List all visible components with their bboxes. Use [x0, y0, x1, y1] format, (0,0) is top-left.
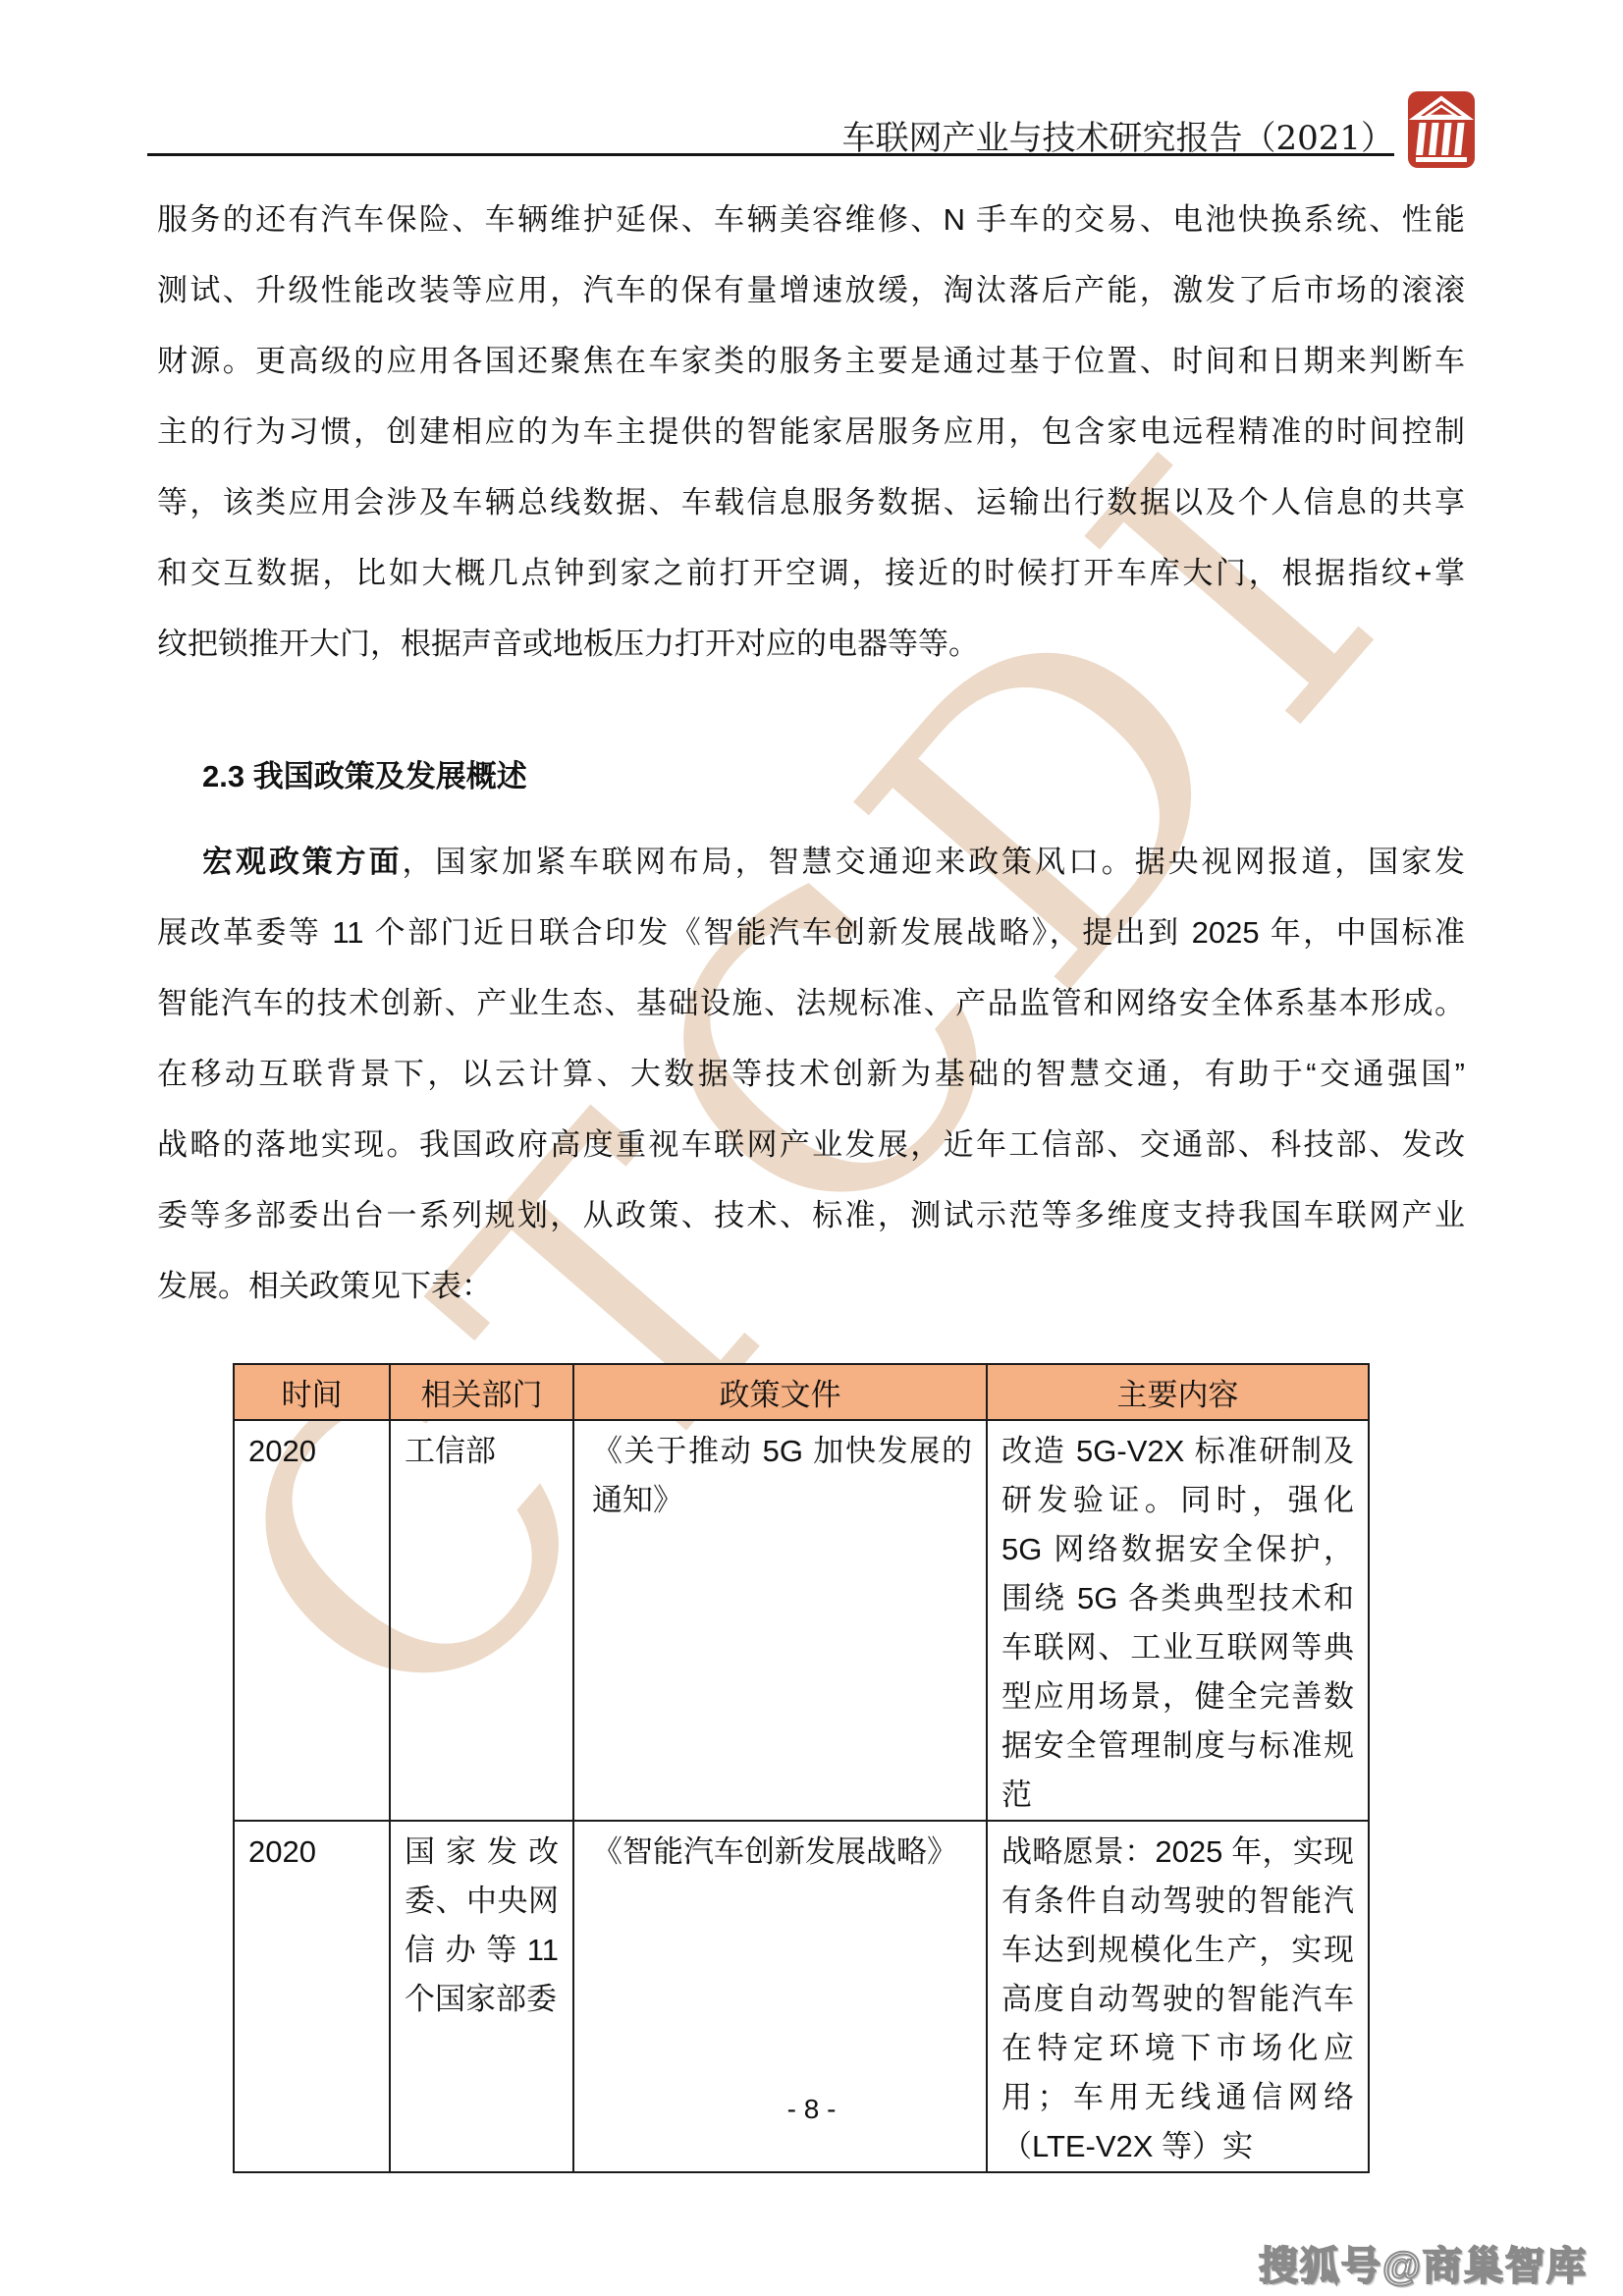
- paragraph2-lead-rest: ，国家加紧车联网布局，智慧交通迎来政策风口。据央视网报道，国家发: [403, 845, 1465, 879]
- table-header-row: 时间 相关部门 政策文件 主要内容: [234, 1364, 1369, 1420]
- section-heading: 2.3 我国政策及发展概述: [157, 741, 1465, 812]
- document-page: CTCDI 车联网产业与技术研究报告（2021） 服务的还有汽车保险、车辆维护延…: [0, 0, 1623, 2296]
- column-header-time: 时间: [234, 1364, 390, 1420]
- paragraph1-line: 等，该类应用会涉及车辆总线数据、车载信息服务数据、运输出行数据以及个人信息的共享: [157, 467, 1465, 538]
- paragraph2-lead: 宏观政策方面: [157, 845, 403, 879]
- page-number: - 8 -: [0, 2094, 1623, 2125]
- page-body: 服务的还有汽车保险、车辆维护延保、车辆美容维修、N 手车的交易、电池快换系统、性…: [157, 185, 1465, 1322]
- paragraph1-line: 纹把锁推开大门，根据声音或地板压力打开对应的电器等等。: [157, 609, 1465, 680]
- paragraph2-line: 发展。相关政策见下表：: [157, 1251, 1465, 1322]
- paragraph2-line: 展改革委等 11 个部门近日联合印发《智能汽车创新发展战略》，提出到 2025 …: [157, 898, 1465, 968]
- paragraph1-line: 主的行为习惯，创建相应的为车主提供的智能家居服务应用，包含家电远程精准的时间控制: [157, 397, 1465, 467]
- report-header-title: 车联网产业与技术研究报告（2021）: [841, 111, 1394, 159]
- institute-building-logo-icon: [1407, 90, 1476, 169]
- paragraph2-line: 在移动互联背景下，以云计算、大数据等技术创新为基础的智慧交通，有助于“交通强国”: [157, 1039, 1465, 1110]
- paragraph2-line: 委等多部委出台一系列规划，从政策、技术、标准，测试示范等多维度支持我国车联网产业: [157, 1180, 1465, 1251]
- cell-doc: 《关于推动 5G 加快发展的通知》: [573, 1420, 987, 1821]
- paragraph1-line: 财源。更高级的应用各国还聚焦在车家类的服务主要是通过基于位置、时间和日期来判断车: [157, 326, 1465, 397]
- column-header-dept: 相关部门: [390, 1364, 573, 1420]
- cell-content: 改造 5G-V2X 标准研制及研发验证。同时，强化 5G 网络数据安全保护，围绕…: [987, 1420, 1369, 1821]
- table-row: 2020 工信部 《关于推动 5G 加快发展的通知》 改造 5G-V2X 标准研…: [234, 1420, 1369, 1821]
- paragraph1-line: 服务的还有汽车保险、车辆维护延保、车辆美容维修、N 手车的交易、电池快换系统、性…: [157, 185, 1465, 255]
- paragraph2-line: 宏观政策方面，国家加紧车联网布局，智慧交通迎来政策风口。据央视网报道，国家发: [157, 827, 1465, 898]
- cell-dept: 工信部: [390, 1420, 573, 1821]
- paragraph2-line: 战略的落地实现。我国政府高度重视车联网产业发展，近年工信部、交通部、科技部、发改: [157, 1110, 1465, 1180]
- column-header-content: 主要内容: [987, 1364, 1369, 1420]
- paragraph1-line: 和交互数据，比如大概几点钟到家之前打开空调，接近的时候打开车库大门，根据指纹+掌: [157, 538, 1465, 609]
- cell-time: 2020: [234, 1420, 390, 1821]
- sohu-watermark: 搜狐号@商巢智库: [1259, 2235, 1588, 2291]
- policy-table: 时间 相关部门 政策文件 主要内容 2020 工信部 《关于推动 5G 加快发展…: [233, 1363, 1370, 2173]
- paragraph2-line: 智能汽车的技术创新、产业生态、基础设施、法规标准、产品监管和网络安全体系基本形成…: [157, 968, 1465, 1039]
- column-header-doc: 政策文件: [573, 1364, 987, 1420]
- header-divider: [147, 153, 1394, 156]
- paragraph1-line: 测试、升级性能改装等应用，汽车的保有量增速放缓，淘汰落后产能，激发了后市场的滚滚: [157, 255, 1465, 326]
